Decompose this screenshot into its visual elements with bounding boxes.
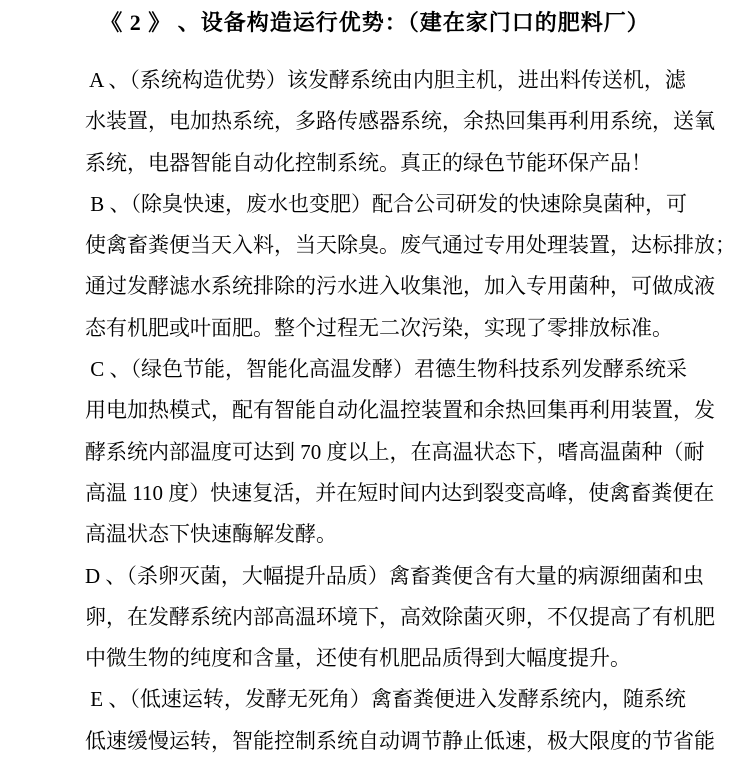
paragraph-c: C 、（绿色节能，智能化高温发酵）君德生物科技系列发酵系统采 用电加热模式，配有… (85, 349, 695, 555)
paragraph-a-line-2: 水装置，电加热系统，多路传感器系统，余热回集再利用系统，送氧 (85, 101, 695, 142)
paragraph-b-line-2: 使禽畜粪便当天入料，当天除臭。废气通过专用处理装置，达标排放； (85, 225, 695, 266)
paragraph-d-line-2: 卵，在发酵系统内部高温环境下，高效除菌灭卵，不仅提高了有机肥 (85, 597, 695, 638)
paragraph-c-line-5: 高温状态下快速酶解发酵。 (85, 514, 695, 555)
paragraph-c-line-3: 酵系统内部温度可达到 70 度以上，在高温状态下，嗜高温菌种（耐 (85, 432, 695, 473)
paragraph-d-line-1: D 、（杀卵灭菌，大幅提升品质）禽畜粪便含有大量的病源细菌和虫 (85, 556, 695, 597)
paragraph-c-line-2: 用电加热模式，配有智能自动化温控装置和余热回集再利用装置，发 (85, 390, 695, 431)
paragraph-a-line-3: 系统，电器智能自动化控制系统。真正的绿色节能环保产品！ (85, 143, 695, 184)
paragraph-d: D 、（杀卵灭菌，大幅提升品质）禽畜粪便含有大量的病源细菌和虫 卵，在发酵系统内… (85, 556, 695, 680)
paragraph-b: B 、（除臭快速，废水也变肥）配合公司研发的快速除臭菌种，可 使禽畜粪便当天入料… (85, 184, 695, 349)
document-body: A 、（系统构造优势）该发酵系统由内胆主机，进出料传送机，滤 水装置，电加热系统… (85, 60, 695, 760)
paragraph-a-line-1: A 、（系统构造优势）该发酵系统由内胆主机，进出料传送机，滤 (85, 60, 695, 101)
paragraph-b-line-4: 态有机肥或叶面肥。整个过程无二次污染，实现了零排放标准。 (85, 308, 695, 349)
paragraph-b-line-3: 通过发酵滤水系统排除的污水进入收集池，加入专用菌种，可做成液 (85, 266, 695, 307)
document-page: 《 2 》 、设备构造运行优势：（建在家门口的肥料厂） A 、（系统构造优势）该… (0, 0, 750, 760)
paragraph-a: A 、（系统构造优势）该发酵系统由内胆主机，进出料传送机，滤 水装置，电加热系统… (85, 60, 695, 184)
paragraph-d-line-3: 中微生物的纯度和含量，还使有机肥品质得到大幅度提升。 (85, 638, 695, 679)
paragraph-c-line-4: 高温 110 度）快速复活，并在短时间内达到裂变高峰，使禽畜粪便在 (85, 473, 695, 514)
paragraph-e-line-1: E 、（低速运转，发酵无死角）禽畜粪便进入发酵系统内，随系统 (85, 679, 695, 720)
document-title: 《 2 》 、设备构造运行优势：（建在家门口的肥料厂） (0, 6, 750, 37)
paragraph-c-line-1: C 、（绿色节能，智能化高温发酵）君德生物科技系列发酵系统采 (85, 349, 695, 390)
paragraph-e-line-2: 低速缓慢运转，智能控制系统自动调节静止低速，极大限度的节省能 (85, 721, 695, 760)
paragraph-b-line-1: B 、（除臭快速，废水也变肥）配合公司研发的快速除臭菌种，可 (85, 184, 695, 225)
paragraph-e: E 、（低速运转，发酵无死角）禽畜粪便进入发酵系统内，随系统 低速缓慢运转，智能… (85, 679, 695, 760)
